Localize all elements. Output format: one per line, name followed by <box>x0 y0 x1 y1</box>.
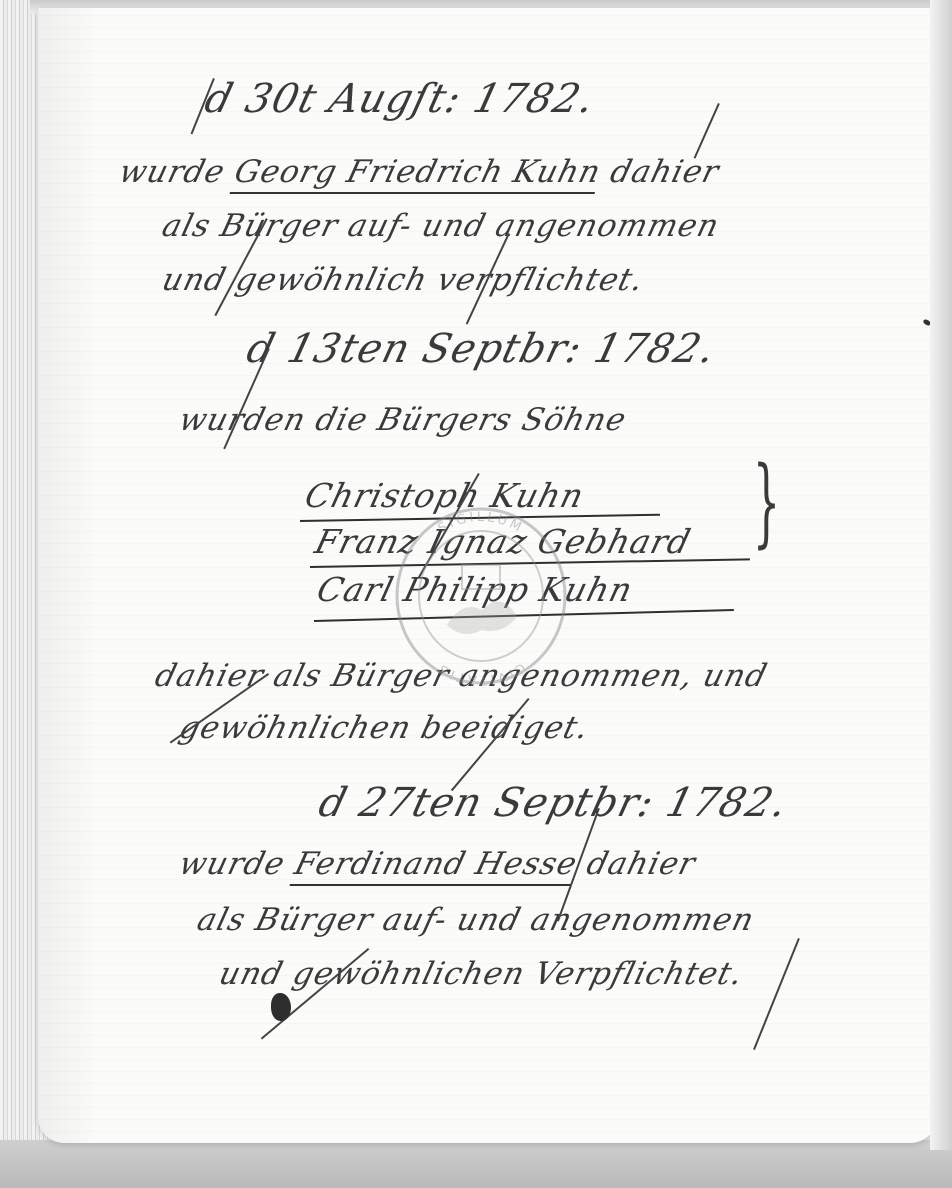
entry-3-line-3: und gewöhnlichen Verpflichtet. <box>216 956 748 992</box>
entry-2-date: d 13ten Septbr: 1782. <box>242 326 720 372</box>
archive-stamp: SIGILLUM CIVITATIS <box>392 505 570 687</box>
entry-3-name: Ferdinand Hesse <box>290 846 581 886</box>
entry-2-line-3: gewöhnlichen beeidiget. <box>176 710 593 746</box>
entry-3-place: dahier <box>572 846 699 882</box>
stamp-bottom-text: CIVITATIS <box>434 659 528 687</box>
page-bottom-shadow <box>0 1140 952 1188</box>
entry-3-line-1: wurde Ferdinand Hesse dahier <box>176 846 700 882</box>
stamp-lion-icon <box>447 601 517 634</box>
entry-1-name: Georg Friedrich Kuhn <box>230 154 605 194</box>
scanned-manuscript: d 30t Augſt: 1782. wurde Georg Friedrich… <box>0 0 952 1188</box>
entry-1-date: d 30t Augſt: 1782. <box>200 76 599 122</box>
entry-1-verb: wurde <box>116 154 240 190</box>
entry-3-verb: wurde <box>176 846 300 882</box>
brace-mark: } <box>753 446 780 558</box>
entry-3-date: d 27ten Septbr: 1782. <box>314 780 792 826</box>
entry-1-place: dahier <box>596 154 723 190</box>
ink-blot <box>271 993 291 1021</box>
entry-3-line-2: als Bürger auf- und angenommen <box>194 902 759 938</box>
entry-1-line-2: als Bürger auf- und angenommen <box>159 208 724 244</box>
flourish <box>753 938 800 1050</box>
flourish <box>694 103 720 159</box>
page-right-edge <box>930 0 952 1150</box>
entry-1-line-1: wurde Georg Friedrich Kuhn dahier <box>116 154 724 190</box>
svg-text:CIVITATIS: CIVITATIS <box>434 659 528 687</box>
